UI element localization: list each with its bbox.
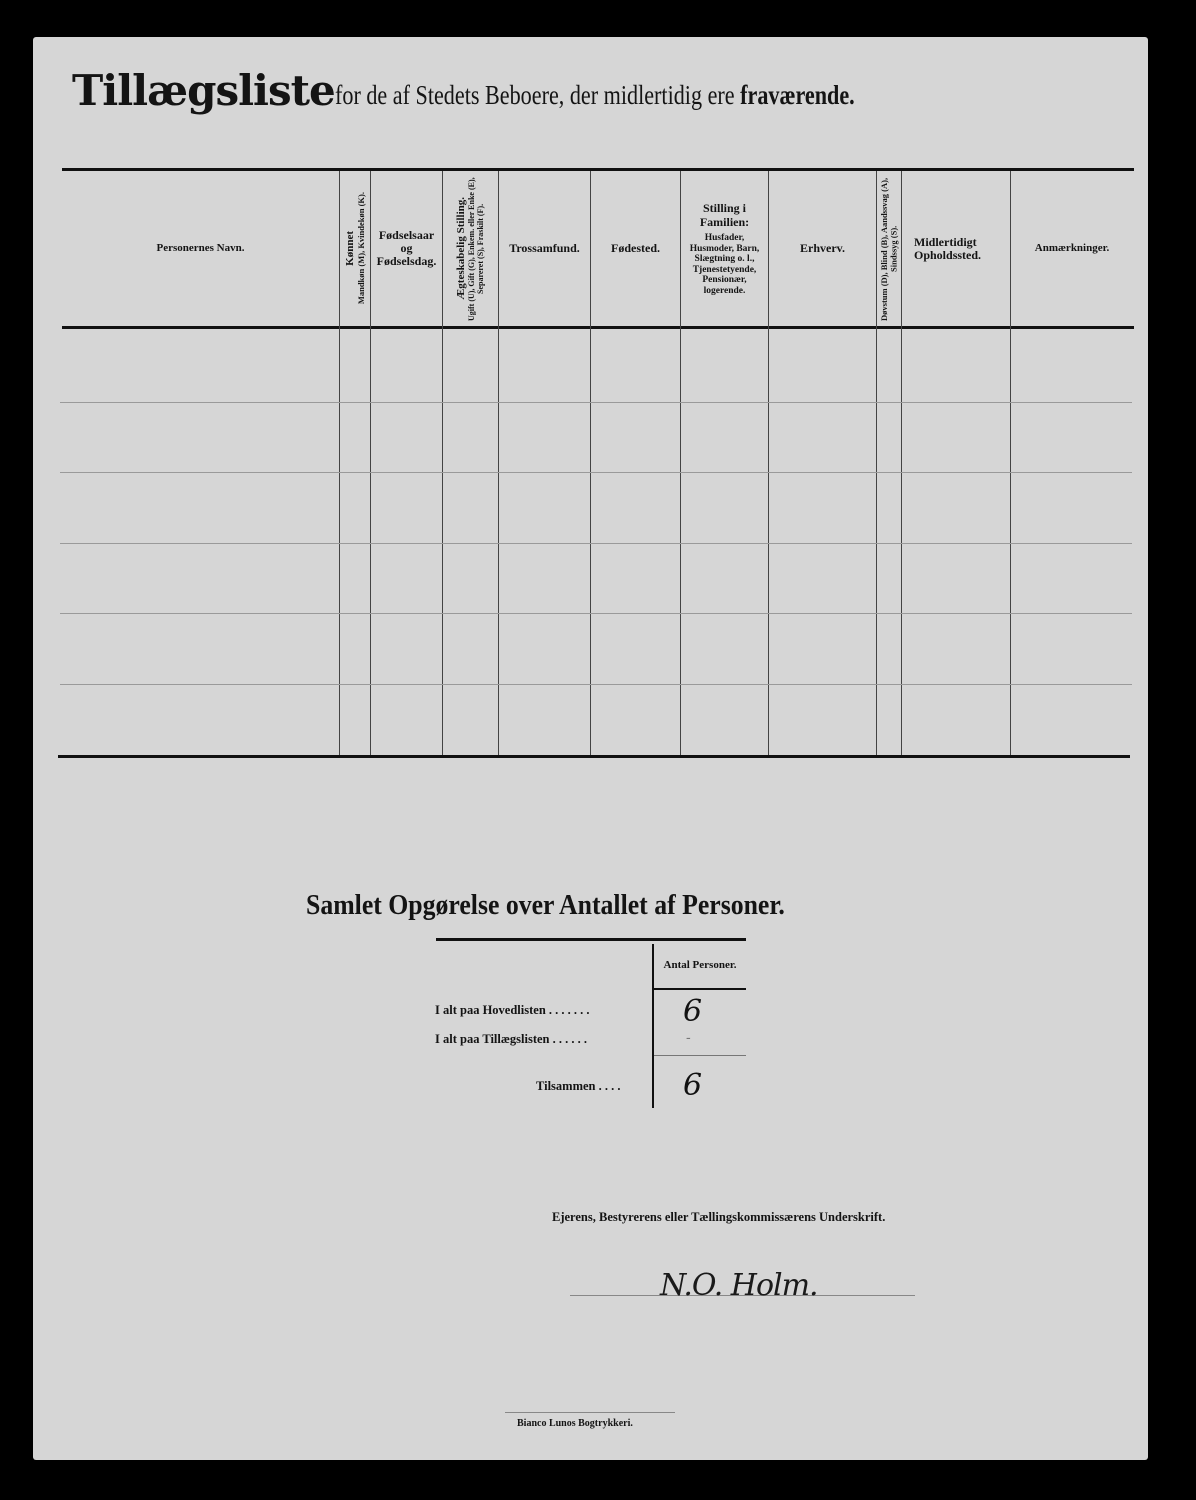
column-header-tros: Trossamfund. [499, 171, 590, 326]
summary-divider [652, 944, 654, 1108]
summary-column-header: Antal Personer. [655, 946, 745, 984]
column-header-aegteskab-sublabel: Ugift (U), Gift (G), Enkem. eller Enke (… [467, 174, 485, 324]
summary-label-tilsammen: Tilsammen . . . . [536, 1079, 621, 1094]
column-header-kon: Kønnet Mandkøn (M), Kvindekøn (K). [340, 171, 370, 326]
table-row-divider [60, 613, 1132, 614]
form-title: Tillægsliste [72, 66, 335, 115]
summary-title: Samlet Opgørelse over Antallet af Person… [306, 890, 785, 922]
summary-value-hovedlisten: 6 [683, 994, 702, 1029]
summary-label-hovedlisten: I alt paa Hovedlisten . . . . . . . [435, 1003, 590, 1018]
column-header-ophold: Midlertidigt Opholdssted. [902, 171, 1010, 326]
column-header-dovstum: Døvstum (D), Blind (B), Aandssvag (A), S… [877, 171, 901, 326]
summary-label-tillaegslisten: I alt paa Tillægslisten . . . . . . [435, 1032, 587, 1047]
column-header-stilling-label: Stilling i Familien: [681, 201, 768, 229]
table-bottom-rule [58, 755, 1130, 758]
summary-total-rule [654, 1055, 746, 1056]
table-row-divider [60, 472, 1132, 473]
column-header-erhverv: Erhverv. [769, 171, 876, 326]
summary-header-rule [654, 988, 746, 990]
column-header-fodselsaar: Fødselsaar og Fødselsdag. [371, 171, 442, 326]
column-header-anmaerkninger: Anmærkninger. [1011, 171, 1133, 326]
form-subtitle-bold: fraværende. [740, 80, 855, 110]
printer-imprint: Bianco Lunos Bogtrykkeri. [517, 1418, 633, 1429]
signature-label: Ejerens, Bestyrerens eller Tællingskommi… [552, 1210, 885, 1225]
table-row-divider [60, 684, 1132, 685]
table-row-divider [60, 543, 1132, 544]
column-header-stilling: Stilling i Familien: Husfader, Husmoder,… [681, 171, 768, 326]
summary-value-tillaegslisten: - [686, 1030, 691, 1046]
form-subtitle: for de af Stedets Beboere, der midlertid… [335, 80, 855, 111]
form-subtitle-regular: for de af Stedets Beboere, der midlertid… [335, 80, 735, 110]
column-header-aegteskab-label: Ægteskabelig Stilling. [456, 197, 467, 300]
table-header-rule [62, 326, 1134, 329]
column-header-navn: Personernes Navn. [62, 171, 339, 326]
column-header-kon-sublabel: Mandkøn (M), Kvindekøn (K). [356, 192, 366, 304]
signature-value: N.O. Holm. [660, 1268, 818, 1303]
summary-value-tilsammen: 6 [683, 1068, 702, 1103]
column-header-fodested: Fødested. [591, 171, 680, 326]
column-header-kon-label: Kønnet [345, 231, 356, 266]
column-header-stilling-sublabel: Husfader, Husmoder, Barn, Slægtning o. l… [681, 233, 768, 296]
table-row-divider [60, 402, 1132, 403]
footer-rule [505, 1412, 675, 1413]
column-header-dovstum-label: Døvstum (D), Blind (B), Aandssvag (A), S… [880, 174, 899, 324]
column-header-aegteskab: Ægteskabelig Stilling. Ugift (U), Gift (… [443, 171, 498, 326]
summary-top-rule [436, 938, 746, 941]
